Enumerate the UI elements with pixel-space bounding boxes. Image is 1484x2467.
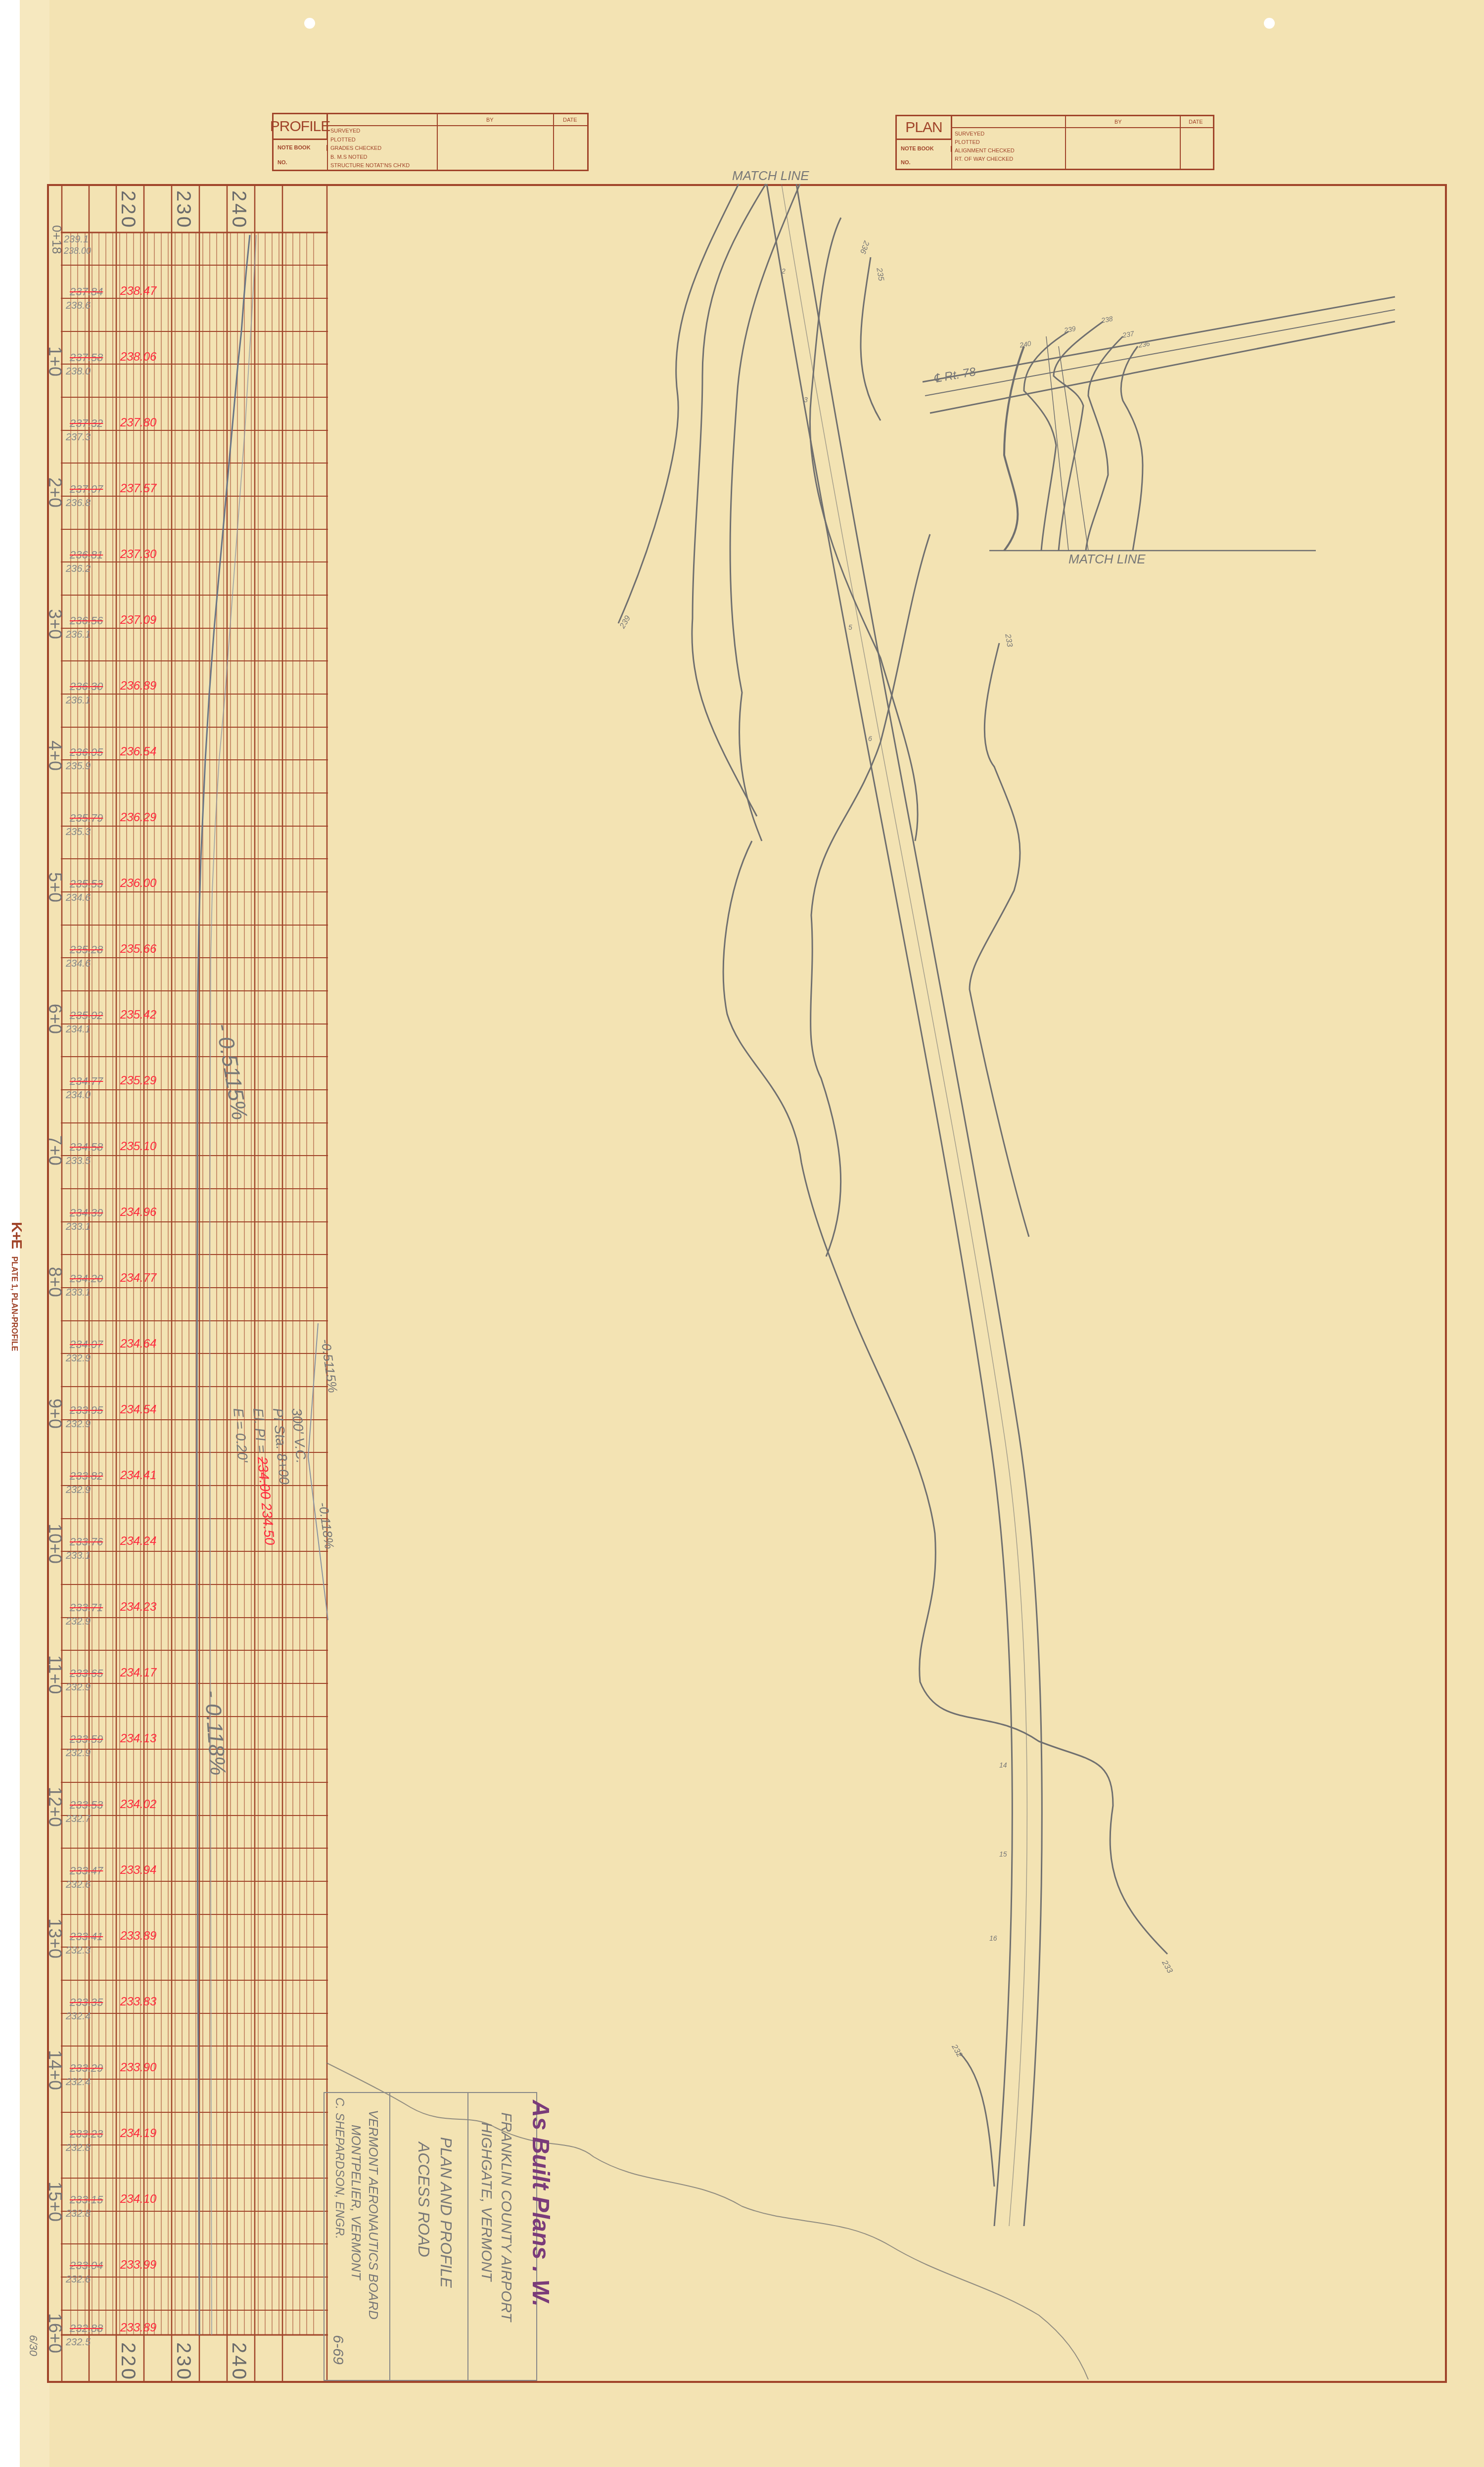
road-edge-right [796, 184, 1042, 2226]
sheet-title: PLAN AND PROFILE [437, 2137, 455, 2288]
station-tick: 6 [868, 735, 872, 743]
drawing-date: 6-69 [329, 2335, 346, 2365]
project-name: FRANKLIN COUNTY AIRPORT [498, 2112, 514, 2322]
inset-contour-238 [1054, 322, 1103, 551]
road-edge-left [767, 184, 1012, 2226]
inset-contour-239 [1024, 331, 1068, 551]
inset-contour-237 [1086, 336, 1123, 551]
project-location: HIGHGATE, VERMONT [478, 2122, 495, 2281]
as-built-stamp: As Built Plans . W. [527, 2100, 554, 2307]
inset-road-line [1046, 336, 1068, 551]
contour-233-lower [851, 1311, 1167, 1954]
station-tick: 15 [999, 1850, 1007, 1858]
road-centerline [782, 184, 1027, 2226]
match-line-inset-label: MATCH LINE [1068, 552, 1146, 567]
contour-235 [861, 257, 881, 420]
contour-237 [730, 184, 800, 841]
contour-232-lower [960, 2053, 994, 2187]
agency-name: VERMONT AERONAUTICS BOARD [366, 2110, 381, 2320]
agency-location: MONTPELIER, VERMONT [348, 2125, 364, 2280]
inset-contour-240 [1004, 346, 1024, 551]
contour-234 [810, 534, 930, 1257]
match-line-top-label: MATCH LINE [732, 168, 809, 184]
engineer-name: C. SHEPARDSON, ENGR. [332, 2097, 346, 2239]
inset-road-line [1059, 346, 1088, 551]
station-tick: 5 [848, 623, 852, 631]
station-tick: 2 [782, 267, 786, 275]
contour-238 [692, 184, 766, 816]
contour-233 [970, 643, 1029, 1237]
sheet-subject: ACCESS ROAD [415, 2142, 433, 2257]
inset-contour-236 [1121, 346, 1143, 551]
rt78-edge-top [923, 297, 1395, 382]
station-tick: 14 [999, 1761, 1007, 1769]
station-tick: 16 [989, 1934, 997, 1942]
rt78-centerline [925, 310, 1395, 396]
station-tick: 3 [804, 396, 808, 404]
plan-view [0, 0, 1484, 2467]
contour-239 [618, 184, 739, 623]
